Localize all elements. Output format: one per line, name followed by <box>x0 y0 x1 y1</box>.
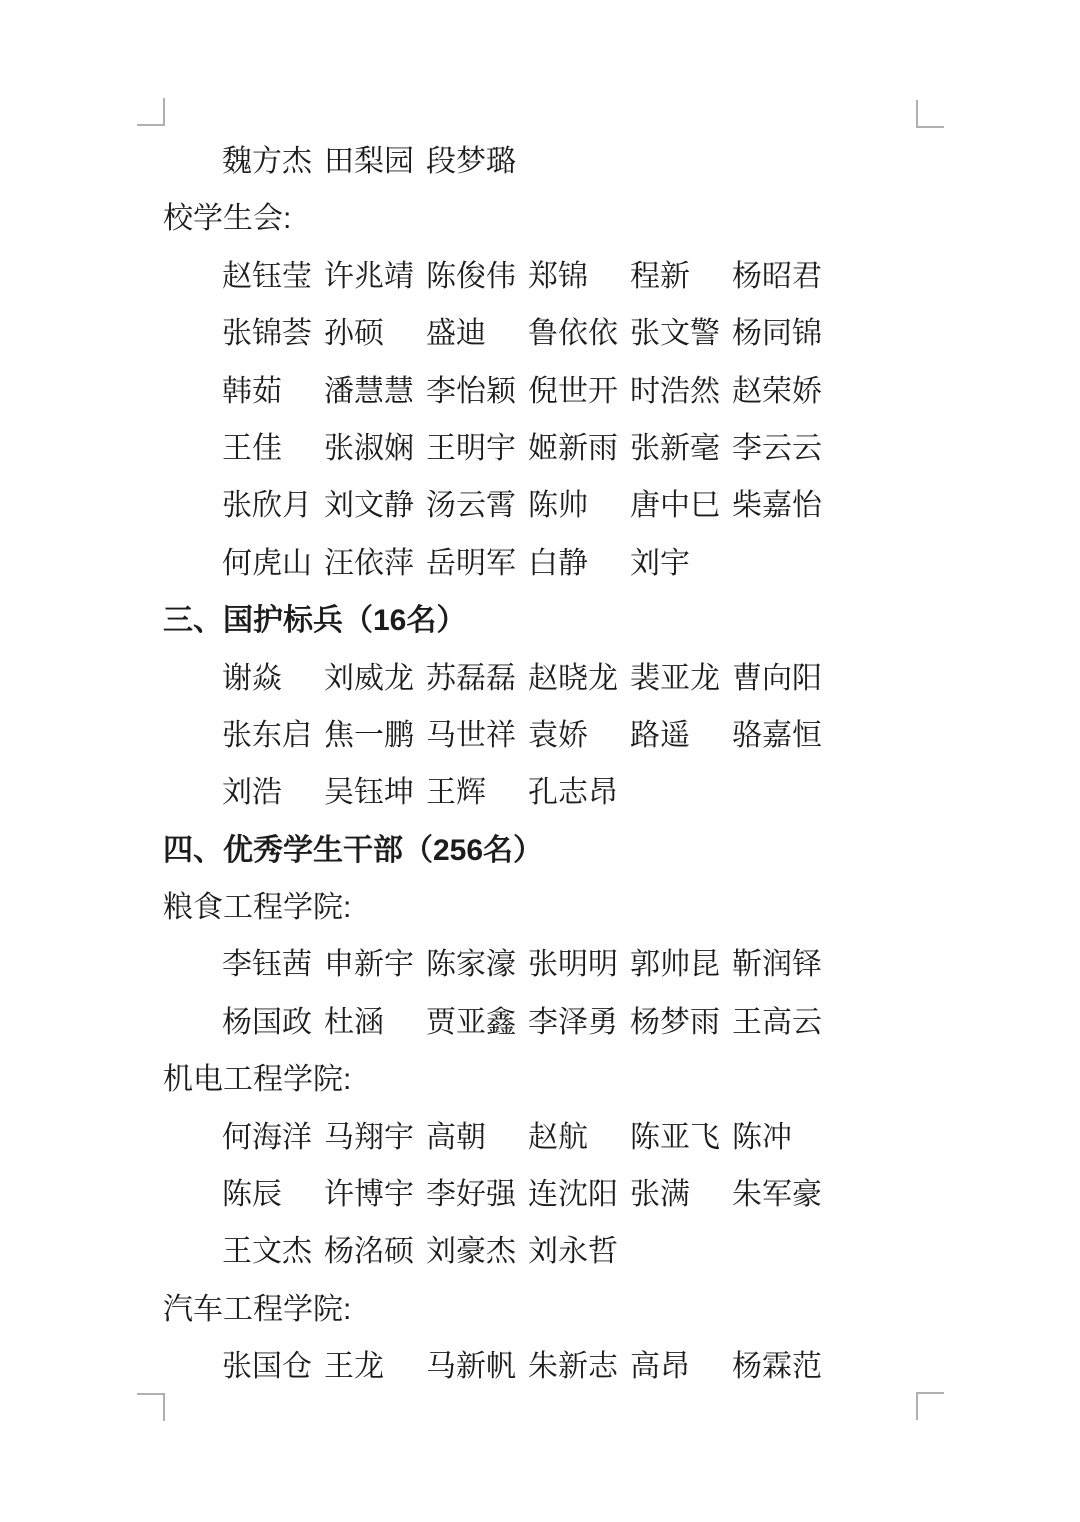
student-name: 刘豪杰 <box>426 1223 528 1280</box>
student-name: 陈家濠 <box>426 936 528 993</box>
document-content: 魏方杰田梨园段梦璐校学生会:赵钰莹许兆靖陈俊伟郑锦程新杨昭君张锦荟孙硕盛迪鲁依依… <box>163 133 933 1396</box>
crop-mark-bottom-right-icon <box>916 1392 944 1420</box>
student-name: 汤云霄 <box>426 477 528 534</box>
student-name: 张欣月 <box>222 477 324 534</box>
student-name: 王高云 <box>732 994 822 1051</box>
student-name: 刘永哲 <box>528 1223 618 1280</box>
student-name: 朱军豪 <box>732 1166 822 1223</box>
name-row: 张东启焦一鹏马世祥袁娇路遥骆嘉恒 <box>163 707 933 764</box>
section-label: 校学生会: <box>163 190 933 247</box>
student-name: 盛迪 <box>426 305 528 362</box>
student-name: 张满 <box>630 1166 732 1223</box>
student-name: 何虎山 <box>222 535 324 592</box>
student-name: 王明宇 <box>426 420 528 477</box>
student-name: 张文警 <box>630 305 732 362</box>
name-row: 李钰茜申新宇陈家濠张明明郭帅昆靳润铎 <box>163 936 933 993</box>
name-row: 张锦荟孙硕盛迪鲁依依张文警杨同锦 <box>163 305 933 362</box>
student-name: 陈辰 <box>222 1166 324 1223</box>
student-name: 杨国政 <box>222 994 324 1051</box>
student-name: 谢焱 <box>222 650 324 707</box>
document-page: 魏方杰田梨园段梦璐校学生会:赵钰莹许兆靖陈俊伟郑锦程新杨昭君张锦荟孙硕盛迪鲁依依… <box>0 0 1080 1522</box>
student-name: 王辉 <box>426 764 528 821</box>
name-row: 张欣月刘文静汤云霄陈帅唐中巳柴嘉怡 <box>163 477 933 534</box>
student-name: 路遥 <box>630 707 732 764</box>
name-row: 张国仓王龙马新帆朱新志高昂杨霖范 <box>163 1338 933 1395</box>
student-name: 王佳 <box>222 420 324 477</box>
section-label: 汽车工程学院: <box>163 1281 933 1338</box>
student-name: 韩茹 <box>222 363 324 420</box>
name-row: 赵钰莹许兆靖陈俊伟郑锦程新杨昭君 <box>163 248 933 305</box>
student-name: 杨洺硕 <box>324 1223 426 1280</box>
student-name: 马新帆 <box>426 1338 528 1395</box>
student-name: 陈俊伟 <box>426 248 528 305</box>
student-name: 吴钰坤 <box>324 764 426 821</box>
student-name: 刘文静 <box>324 477 426 534</box>
student-name: 李钰茜 <box>222 936 324 993</box>
student-name: 骆嘉恒 <box>732 707 822 764</box>
student-name: 时浩然 <box>630 363 732 420</box>
student-name: 郑锦 <box>528 248 630 305</box>
student-name: 刘浩 <box>222 764 324 821</box>
student-name: 姬新雨 <box>528 420 630 477</box>
student-name: 焦一鹏 <box>324 707 426 764</box>
student-name: 张锦荟 <box>222 305 324 362</box>
section-heading: 三、国护标兵（16名） <box>163 592 933 649</box>
student-name: 裴亚龙 <box>630 650 732 707</box>
student-name: 贾亚鑫 <box>426 994 528 1051</box>
student-name: 朱新志 <box>528 1338 630 1395</box>
student-name: 袁娇 <box>528 707 630 764</box>
student-name: 张国仓 <box>222 1338 324 1395</box>
student-name: 赵晓龙 <box>528 650 630 707</box>
name-row: 何虎山汪依萍岳明军白静刘宇 <box>163 535 933 592</box>
student-name: 王龙 <box>324 1338 426 1395</box>
student-name: 刘宇 <box>630 535 690 592</box>
student-name: 柴嘉怡 <box>732 477 822 534</box>
student-name: 靳润铎 <box>732 936 822 993</box>
name-row: 魏方杰田梨园段梦璐 <box>163 133 933 190</box>
student-name: 高昂 <box>630 1338 732 1395</box>
student-name: 张淑娴 <box>324 420 426 477</box>
student-name: 高朝 <box>426 1109 528 1166</box>
student-name: 田梨园 <box>324 133 426 190</box>
student-name: 汪依萍 <box>324 535 426 592</box>
student-name: 杨梦雨 <box>630 994 732 1051</box>
student-name: 孔志昂 <box>528 764 618 821</box>
student-name: 陈帅 <box>528 477 630 534</box>
student-name: 许博宇 <box>324 1166 426 1223</box>
name-row: 韩茹潘慧慧李怡颖倪世开时浩然赵荣娇 <box>163 363 933 420</box>
name-row: 陈辰许博宇李好强连沈阳张满朱军豪 <box>163 1166 933 1223</box>
student-name: 张东启 <box>222 707 324 764</box>
student-name: 张明明 <box>528 936 630 993</box>
crop-mark-top-left-icon <box>137 98 165 126</box>
student-name: 许兆靖 <box>324 248 426 305</box>
student-name: 李怡颖 <box>426 363 528 420</box>
student-name: 陈冲 <box>732 1109 792 1166</box>
student-name: 郭帅昆 <box>630 936 732 993</box>
student-name: 曹向阳 <box>732 650 822 707</box>
name-row: 刘浩吴钰坤王辉孔志昂 <box>163 764 933 821</box>
student-name: 孙硕 <box>324 305 426 362</box>
student-name: 程新 <box>630 248 732 305</box>
student-name: 李好强 <box>426 1166 528 1223</box>
name-row: 何海洋马翔宇高朝赵航陈亚飞陈冲 <box>163 1109 933 1166</box>
student-name: 赵钰莹 <box>222 248 324 305</box>
section-label: 粮食工程学院: <box>163 879 933 936</box>
student-name: 赵航 <box>528 1109 630 1166</box>
student-name: 唐中巳 <box>630 477 732 534</box>
student-name: 赵荣娇 <box>732 363 822 420</box>
student-name: 申新宇 <box>324 936 426 993</box>
student-name: 马翔宇 <box>324 1109 426 1166</box>
student-name: 王文杰 <box>222 1223 324 1280</box>
name-row: 杨国政杜涵贾亚鑫李泽勇杨梦雨王高云 <box>163 994 933 1051</box>
student-name: 鲁依依 <box>528 305 630 362</box>
student-name: 魏方杰 <box>222 133 324 190</box>
student-name: 张新毫 <box>630 420 732 477</box>
student-name: 杨霖范 <box>732 1338 822 1395</box>
section-heading: 四、优秀学生干部（256名） <box>163 822 933 879</box>
name-row: 王佳张淑娴王明宇姬新雨张新毫李云云 <box>163 420 933 477</box>
student-name: 杜涵 <box>324 994 426 1051</box>
name-row: 谢焱刘威龙苏磊磊赵晓龙裴亚龙曹向阳 <box>163 650 933 707</box>
student-name: 李泽勇 <box>528 994 630 1051</box>
section-label: 机电工程学院: <box>163 1051 933 1108</box>
crop-mark-bottom-left-icon <box>137 1393 165 1421</box>
student-name: 李云云 <box>732 420 822 477</box>
student-name: 岳明军 <box>426 535 528 592</box>
student-name: 段梦璐 <box>426 133 516 190</box>
student-name: 倪世开 <box>528 363 630 420</box>
crop-mark-top-right-icon <box>916 100 944 128</box>
student-name: 潘慧慧 <box>324 363 426 420</box>
student-name: 苏磊磊 <box>426 650 528 707</box>
student-name: 连沈阳 <box>528 1166 630 1223</box>
student-name: 杨昭君 <box>732 248 822 305</box>
student-name: 马世祥 <box>426 707 528 764</box>
student-name: 陈亚飞 <box>630 1109 732 1166</box>
student-name: 白静 <box>528 535 630 592</box>
name-row: 王文杰杨洺硕刘豪杰刘永哲 <box>163 1223 933 1280</box>
student-name: 何海洋 <box>222 1109 324 1166</box>
student-name: 刘威龙 <box>324 650 426 707</box>
student-name: 杨同锦 <box>732 305 822 362</box>
